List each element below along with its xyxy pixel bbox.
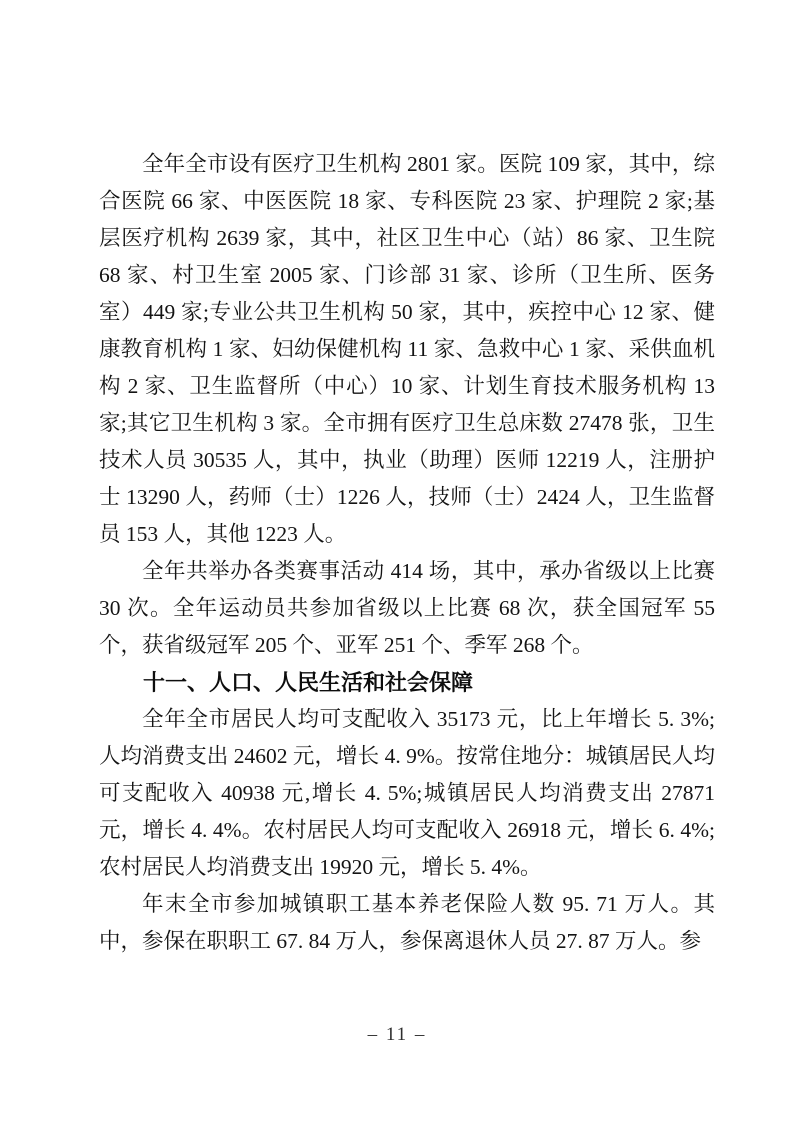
paragraph-resident-income: 全年全市居民人均可支配收入 35173 元，比上年增长 5. 3%;人均消费支出… (99, 701, 715, 886)
paragraph-health-institutions: 全年全市设有医疗卫生机构 2801 家。医院 109 家，其中，综合医院 66 … (99, 146, 715, 553)
section-heading-population-livelihood: 十一、人口、人民生活和社会保障 (99, 664, 715, 701)
paragraph-pension-insurance: 年末全市参加城镇职工基本养老保险人数 95. 71 万人。其中，参保在职职工 6… (99, 886, 715, 960)
page-number: – 11 – (0, 1022, 794, 1048)
paragraph-sports-events: 全年共举办各类赛事活动 414 场，其中，承办省级以上比赛 30 次。全年运动员… (99, 553, 715, 664)
document-page: 全年全市设有医疗卫生机构 2801 家。医院 109 家，其中，综合医院 66 … (0, 0, 794, 1123)
document-body: 全年全市设有医疗卫生机构 2801 家。医院 109 家，其中，综合医院 66 … (99, 146, 715, 960)
